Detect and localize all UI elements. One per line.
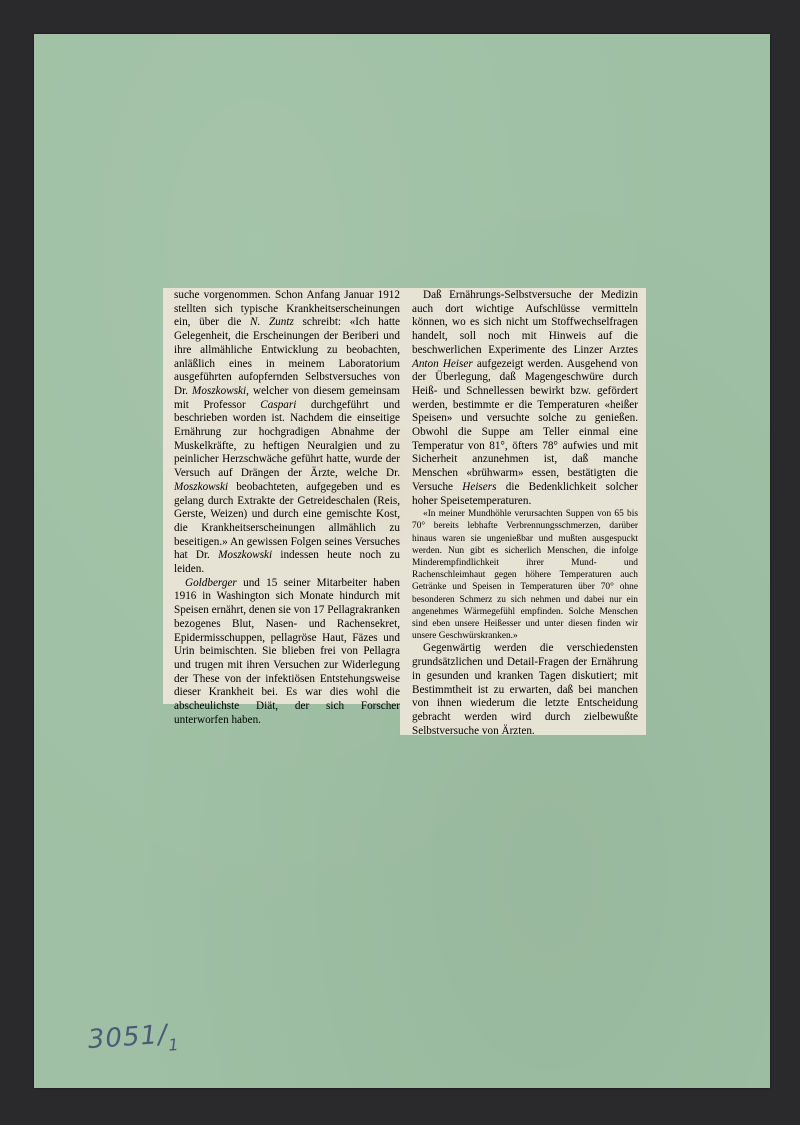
archive-number-handwritten: 3051/1: [87, 1019, 180, 1060]
article-left-column: suche vorgenommen. Schon Anfang Januar 1…: [174, 289, 400, 728]
paragraph: Daß Ernährungs-Selbstversuche der Medizi…: [412, 289, 638, 508]
archive-subnumber: 1: [168, 1035, 180, 1055]
person-name: Moszkowski: [174, 481, 228, 493]
archive-number: 3051: [87, 1020, 159, 1055]
text: und 15 seiner Mitarbeiter haben 1916 in …: [174, 577, 400, 726]
person-name: Anton Heiser: [412, 358, 473, 370]
paragraph: suche vorgenommen. Schon Anfang Januar 1…: [174, 289, 400, 577]
block-quote: «In meiner Mundhöhle verursachten Suppen…: [412, 508, 638, 642]
text: aufgezeigt werden. Ausgehend von der Übe…: [412, 358, 638, 493]
paragraph: Gegenwärtig werden die verschiedensten g…: [412, 642, 638, 738]
person-name: Moszkowski: [192, 385, 246, 397]
article-right-column: Daß Ernährungs-Selbstversuche der Medizi…: [412, 289, 638, 738]
person-name: Moszkowski: [218, 549, 272, 561]
text: Daß Ernährungs-Selbstversuche der Medizi…: [412, 289, 638, 356]
paragraph: Goldberger und 15 seiner Mitarbeiter hab…: [174, 577, 400, 728]
person-name: Heisers: [462, 481, 496, 493]
person-name: N. Zuntz: [250, 316, 294, 328]
person-name: Goldberger: [185, 577, 237, 589]
person-name: Caspari: [260, 399, 296, 411]
